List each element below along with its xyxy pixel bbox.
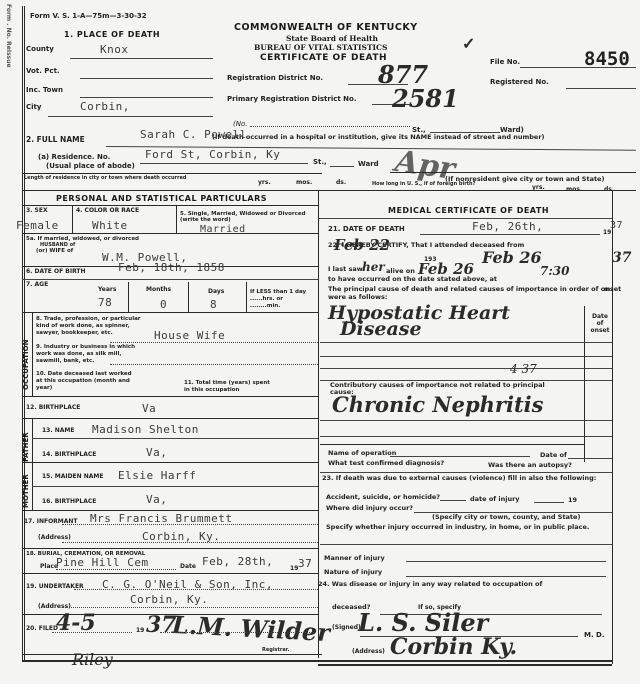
county-value: Knox [100, 43, 129, 56]
length-mos: mos. [296, 179, 312, 186]
cause-2: Disease [340, 318, 422, 340]
occupation-related-label: 24. Was disease or injury in any way rel… [318, 581, 542, 588]
dob-label: 6. DATE OF BIRTH [26, 268, 86, 275]
left-border [22, 6, 25, 662]
sex-label: 3. SEX [26, 207, 48, 214]
board-title: State Board of Health [286, 34, 378, 43]
mother-birthplace-value: Va, [146, 493, 167, 506]
race-label: 4. COLOR OR RACE [76, 207, 139, 214]
manner-injury-label: Manner of injury [324, 555, 385, 562]
residence-sub-label: (Usual place of abode) [46, 162, 135, 170]
dob-value: Feb, 18th, 1858 [118, 261, 225, 274]
autopsy-label: Was there an autopsy? [488, 462, 572, 469]
contributory-value: Chronic Nephritis [332, 392, 543, 417]
primary-registration-value: 2581 [392, 84, 459, 113]
total-time-label: 11. Total time (years) spent in this occ… [184, 380, 274, 394]
father-birthplace-label: 14. BIRTHPLACE [42, 451, 96, 458]
external-causes-label: 23. If death was due to external causes … [322, 474, 612, 482]
side-margin-text: Form . No. ReIssue [5, 4, 12, 68]
residence-st-label: St., [313, 158, 327, 166]
full-name-value: Sarah C. Powell [140, 128, 247, 141]
occupation-side-label: OCCUPATION [22, 340, 30, 390]
trade-label: 8. Trade, profession, or particular kind… [36, 316, 146, 337]
residence-label: (a) Residence. No. [38, 153, 110, 161]
marital-label: 5. Single, Married, Widowed or Divorced … [180, 211, 310, 223]
last-worked-label: 10. Date deceased last worked at this oc… [36, 371, 136, 392]
medical-heading: MEDICAL CERTIFICATE OF DEATH [388, 206, 549, 215]
mother-maiden-label: 15. MAIDEN NAME [42, 473, 104, 480]
physician-signature: L. S. Siler [358, 608, 488, 637]
certificate-title: CERTIFICATE OF DEATH [260, 53, 387, 63]
registered-no-label: Registered No. [490, 78, 549, 86]
race-value: White [92, 219, 128, 232]
last-saw-label: I last saw [328, 266, 363, 273]
less-than-label: If LESS than 1 day ......hrs. or .......… [250, 289, 312, 310]
primary-registration-label: Primary Registration District No. [227, 95, 357, 103]
occurred-label: to have occurred on the date stated abov… [328, 276, 497, 283]
length-residence-label: Length of residence in city or town wher… [24, 175, 186, 182]
riley-note: Riley [72, 650, 113, 669]
mother-birthplace-label: 16. BIRTHPLACE [42, 498, 96, 505]
signed-label: (Signed) [332, 624, 361, 631]
date-of-death-year: 37 [610, 220, 623, 231]
registrar-signature: L.M. Wilder [171, 610, 330, 647]
birthplace-label: 12. BIRTHPLACE [26, 404, 80, 411]
father-name-label: 13. NAME [42, 427, 74, 434]
length-ds: ds. [336, 179, 346, 186]
filed-label: 20. FILED [26, 625, 58, 632]
last-saw-who: her [362, 260, 385, 274]
physician-address-label: (Address) [352, 648, 385, 655]
length-yrs: yrs. [258, 179, 271, 186]
residence-value: Ford St, Corbin, Ky [145, 148, 280, 161]
burial-date-value: Feb, 28th, [202, 555, 273, 568]
inc-town-label: Inc. Town [26, 86, 63, 94]
commonwealth-title: COMMONWEALTH OF KENTUCKY [234, 22, 418, 33]
months-label: Months [146, 286, 171, 293]
injury-year-label: 19 [568, 497, 577, 504]
full-name-label: 2. FULL NAME [26, 135, 85, 144]
attended-from-value: Feb 22 [334, 236, 390, 254]
industry-label: 9. Industry or business in which work wa… [36, 344, 146, 365]
sex-value: Female [16, 219, 59, 232]
years-value: 78 [98, 296, 112, 309]
file-no-label: File No. [490, 58, 520, 66]
date-of-death-label: 21. DATE OF DEATH [328, 225, 405, 233]
burial-place-value: Pine Hill Cem [56, 556, 149, 569]
father-birthplace-value: Va, [146, 446, 167, 459]
months-value: 0 [160, 298, 167, 311]
spouse-label-3: (or) WIFE of [36, 248, 73, 255]
checkmark-icon: ✓ [462, 34, 475, 53]
physician-address: Corbin Ky. [390, 634, 517, 660]
father-side-label: FATHER [22, 432, 30, 462]
nature-injury-label: Nature of injury [324, 569, 382, 576]
age-label: 7. AGE [26, 281, 48, 288]
how-long-us-label: How long in U. S., if of foreign birth? [372, 181, 476, 188]
county-label: County [26, 45, 54, 53]
undertaker-address-value: Corbin, Ky. [130, 593, 208, 606]
test-confirmed-label: What test confirmed diagnosis? [328, 460, 444, 467]
attended-to-value: Feb 26 [482, 248, 542, 267]
hospital-note: (If death occurred in a hospital or inst… [212, 134, 545, 141]
mother-maiden-value: Elsie Harff [118, 469, 196, 482]
years-label: Years [98, 286, 116, 293]
accident-label: Accident, suicide, or homicide? [326, 494, 440, 501]
specify-city-label: (Specify city or town, county, and State… [432, 514, 580, 521]
bureau-title: BUREAU OF VITAL STATISTICS [254, 43, 387, 52]
registration-district-label: Registration District No. [227, 74, 323, 82]
burial-year-value: 37 [298, 557, 312, 570]
alive-on-label: alive on [386, 268, 415, 275]
time-of-death: 7:30 [540, 264, 569, 278]
onset-header: Date of onset [588, 313, 612, 334]
city-label: City [26, 103, 41, 111]
form-number: Form V. S. 1-A—75m—3-30-32 [30, 12, 147, 20]
no-label: (No. [233, 120, 247, 128]
date-of-death-value: Feb, 26th, [472, 220, 543, 233]
where-injury-label: Where did injury occur? [326, 505, 413, 512]
place-of-death-heading: 1. PLACE OF DEATH [64, 30, 160, 39]
cause-3: 4 37 [510, 362, 537, 376]
md-label: M. D. [584, 632, 605, 639]
father-name-value: Madison Shelton [92, 423, 199, 436]
burial-date-label: Date [180, 563, 196, 570]
registrar-label: Registrar. [262, 647, 289, 654]
birthplace-value: Va [142, 402, 156, 415]
residence-ward-label: Ward [358, 160, 379, 168]
filed-year-prefix: 19 [136, 627, 144, 634]
injury-date-label: date of injury [470, 496, 520, 503]
vot-pct-label: Vot. Pct. [26, 67, 60, 75]
mother-side-label: MOTHER [22, 474, 30, 508]
operation-date-label: Date of [540, 452, 567, 459]
file-no-value: 8450 [584, 48, 630, 70]
trade-value: House Wife [154, 329, 225, 342]
operation-label: Name of operation [328, 450, 396, 457]
personal-heading: PERSONAL AND STATISTICAL PARTICULARS [56, 194, 267, 203]
informant-address-label: (Address) [38, 534, 71, 541]
specify-industry-label: Specify whether injury occurred in indus… [326, 523, 612, 531]
principal-cause-label: The principal cause of death and related… [328, 285, 628, 301]
days-value: 8 [210, 298, 217, 311]
city-value: Corbin, [80, 100, 130, 113]
days-label: Days [208, 288, 224, 295]
attended-to-year: 37 [612, 250, 631, 266]
